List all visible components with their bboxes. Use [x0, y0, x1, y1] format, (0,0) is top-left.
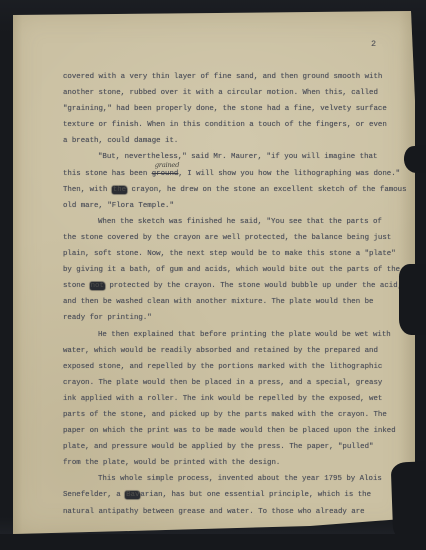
text-line: another stone, rubbed over it with a cir… — [63, 85, 405, 101]
text-line: Senefelder, a Bavarian, has but one esse… — [63, 487, 405, 503]
handwritten-correction: grained — [155, 162, 179, 169]
ink-blot: the — [112, 186, 127, 194]
text-line: paper on which the print was to be made … — [63, 423, 405, 439]
text-line: covered with a very thin layer of fine s… — [63, 69, 405, 85]
text-line: stone not protected by the crayon. The s… — [63, 278, 405, 294]
ink-blot: not — [90, 282, 105, 290]
text-line: parts of the stone, and picked up by the… — [63, 407, 405, 423]
text-line: old mare, "Flora Temple." — [63, 198, 405, 214]
page-number: 2 — [371, 39, 376, 49]
text-line: Then, with the crayon, he drew on the st… — [63, 182, 405, 198]
text-line: "graining," had been properly done, the … — [63, 101, 405, 117]
text-line: water, which would be readily absorbed a… — [63, 343, 405, 359]
text-line: the stone covered by the crayon are well… — [63, 230, 405, 246]
paragraph: This whole simple process, invented abou… — [63, 471, 405, 519]
text-line: and then be washed clean with another mi… — [63, 294, 405, 310]
torn-corner — [391, 461, 426, 540]
text-line: crayon. The plate would then be placed i… — [63, 375, 405, 391]
ink-blot: Bav — [125, 491, 140, 499]
paragraph: covered with a very thin layer of fine s… — [63, 69, 405, 149]
background-bottom-edge — [0, 534, 426, 550]
struck-word: grainedground — [152, 170, 179, 178]
text-line: ready for printing." — [63, 310, 405, 326]
text-line: natural antipathy between grease and wat… — [63, 504, 405, 520]
text-line: He then explained that before printing t… — [63, 327, 405, 343]
document-page: 2 covered with a very thin layer of fine… — [10, 11, 415, 535]
paragraph: When the sketch was finished he said, "Y… — [63, 214, 405, 327]
text-line: ink applied with a roller. The ink would… — [63, 391, 405, 407]
torn-edge-blob — [399, 264, 426, 335]
paragraph: He then explained that before printing t… — [63, 327, 405, 472]
text-line: "But, nevertheless," said Mr. Maurer, "i… — [63, 149, 405, 165]
text-line: This whole simple process, invented abou… — [63, 471, 405, 487]
text-line: When the sketch was finished he said, "Y… — [63, 214, 405, 230]
typewritten-text: covered with a very thin layer of fine s… — [63, 69, 405, 520]
paragraph: "But, nevertheless," said Mr. Maurer, "i… — [63, 149, 405, 213]
text-line: by giving it a bath, of gum and acids, w… — [63, 262, 405, 278]
text-line: exposed stone, and repelled by the porti… — [63, 359, 405, 375]
photo-background: 2 covered with a very thin layer of fine… — [0, 0, 426, 550]
text-line: from the plate, would be printed with th… — [63, 455, 405, 471]
text-line: this stone has been grainedground, I wil… — [63, 166, 405, 182]
text-line: texture or finish. When in this conditio… — [63, 117, 405, 133]
text-line: plain, soft stone. Now, the next step wo… — [63, 246, 405, 262]
text-line: a breath, could damage it. — [63, 133, 405, 149]
text-line: plate, and pressure would be applied by … — [63, 439, 405, 455]
